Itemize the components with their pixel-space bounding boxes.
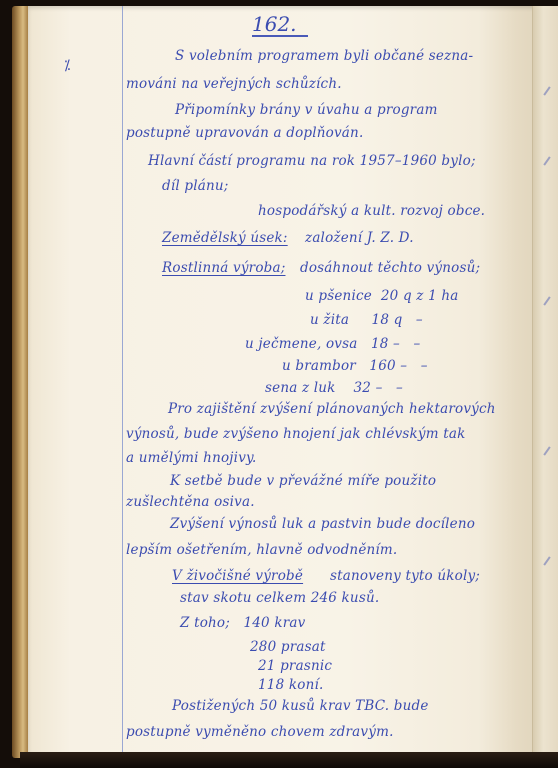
text-line: Pro zajištění zvýšení plánovaných hektar…	[168, 403, 496, 417]
text-line: zušlechtěna osiva.	[126, 496, 255, 510]
text-line: stav skotu celkem 246 kusů.	[180, 592, 379, 606]
text-line: výnosů, bude zvýšeno hnojení jak chlévsk…	[126, 428, 466, 442]
text-line: K setbě bude v převážné míře použito	[170, 475, 436, 489]
page-number-underline	[252, 35, 308, 37]
livestock-row: 118 koní.	[258, 679, 323, 693]
livestock-row: 21 prasnic	[258, 660, 332, 674]
livestock-row: 280 prasat	[250, 641, 326, 655]
yield-row: u žita 18 q –	[310, 314, 423, 328]
yield-row: u pšenice 20 q z 1 ha	[305, 290, 459, 304]
margin-percent-mark: ⁒	[64, 58, 70, 74]
yield-row: u brambor 160 – –	[282, 360, 428, 374]
yield-row: sena z luk 32 – –	[265, 382, 403, 396]
section-heading: V živočišné výrobě	[172, 570, 303, 584]
text-line: S volebním programem byli občané sezna-	[175, 50, 473, 64]
text-line: postupně upravován a doplňován.	[126, 127, 363, 141]
book-gutter-next-page	[532, 6, 558, 754]
scanned-ledger-page: 162. ⁒ S volebním programem byli občané …	[0, 0, 558, 768]
text-line: hospodářský a kult. rozvoj obce.	[258, 205, 485, 219]
text-line: díl plánu;	[162, 180, 229, 194]
text-line: založení J. Z. D.	[305, 232, 414, 246]
livestock-row: Z toho; 140 krav	[180, 617, 305, 631]
bottom-shadow	[20, 752, 558, 768]
text-line: Zvýšení výnosů luk a pastvin bude docíle…	[170, 518, 475, 532]
text-line: a umělými hnojivy.	[126, 452, 257, 466]
text-line: lepším ošetřením, hlavně odvodněním.	[126, 544, 397, 558]
text-line: postupně vyměněno chovem zdravým.	[126, 726, 394, 740]
section-heading: Zemědělský úsek:	[162, 232, 288, 246]
text-line: mováni na veřejných schůzích.	[126, 78, 342, 92]
text-line: Připomínky brány v úvahu a program	[175, 104, 438, 118]
text-line: Postižených 50 kusů krav TBC. bude	[172, 700, 429, 714]
margin-rule-line	[122, 6, 123, 754]
text-line: dosáhnout těchto výnosů;	[300, 262, 480, 276]
text-line: Hlavní částí programu na rok 1957–1960 b…	[148, 155, 476, 169]
text-line: stanoveny tyto úkoly;	[330, 570, 480, 584]
page-number: 162.	[252, 12, 297, 36]
section-heading: Rostlinná výroba;	[162, 262, 285, 276]
yield-row: u ječmene, ovsa 18 – –	[245, 338, 420, 352]
